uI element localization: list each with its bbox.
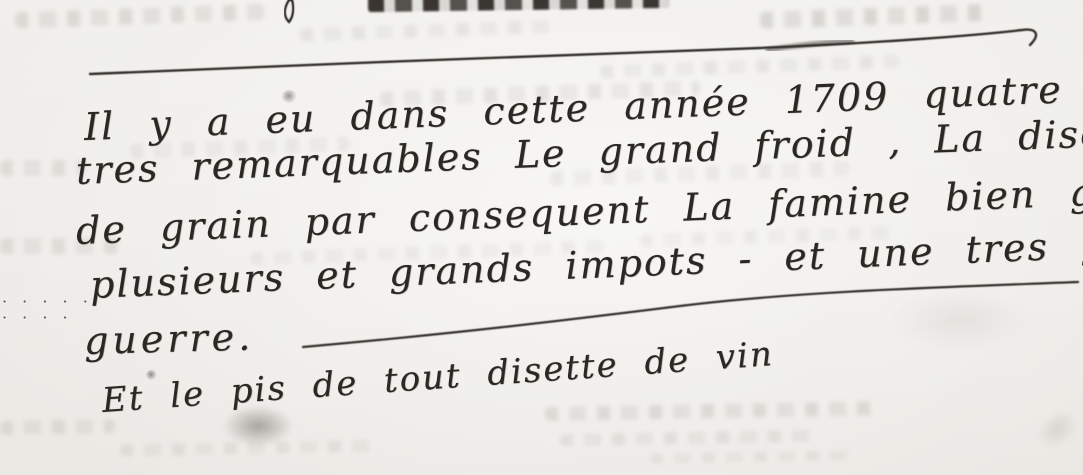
bleedthrough-smudge	[760, 4, 985, 29]
top-rule-smudge	[768, 41, 852, 50]
manuscript-scan: Il y a eu dans cette année 1709 quatre c…	[0, 0, 1083, 475]
cutoff-top-text	[368, 0, 670, 12]
bleedthrough-smudge	[15, 4, 265, 29]
cutoff-descender-loop	[285, 0, 293, 22]
leader-dots: · · · · · · · · ·	[2, 294, 102, 326]
bleedthrough-smudge	[0, 419, 115, 435]
bleedthrough-smudge	[300, 19, 560, 41]
bleedthrough-smudge	[650, 450, 850, 463]
bleedthrough-smudge	[545, 401, 880, 421]
manuscript-line-5: guerre.	[84, 318, 255, 360]
bleedthrough-smudge	[560, 430, 815, 446]
bleedthrough-smudge	[890, 290, 1030, 350]
bleedthrough-smudge	[0, 160, 85, 176]
bleedthrough-smudge	[1029, 402, 1083, 457]
